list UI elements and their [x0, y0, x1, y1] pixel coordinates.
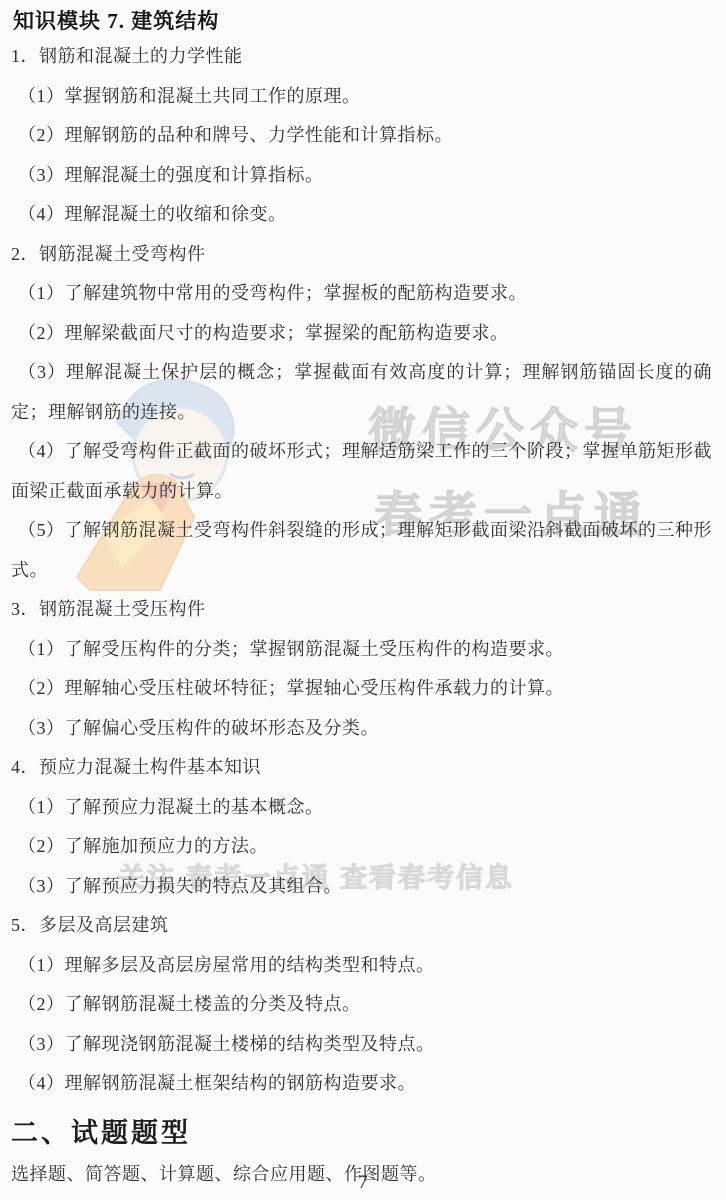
outline-subitem: （3）了解偏心受压构件的破坏形态及分类。: [11, 709, 712, 749]
outline-subitem: （2）理解轴心受压柱破坏特征；掌握轴心受压构件承载力的计算。: [11, 669, 712, 709]
outline-subitem: （3）理解混凝土的强度和计算指标。: [11, 156, 712, 196]
outline-subitem: （1）了解建筑物中常用的受弯构件；掌握板的配筋构造要求。: [11, 274, 712, 314]
outline-subitem: （1）掌握钢筋和混凝土共同工作的原理。: [11, 77, 712, 117]
outline-item: 5．多层及高层建筑: [11, 906, 712, 946]
outline-item: 4．预应力混凝土构件基本知识: [11, 748, 712, 788]
document-page: 知识模块 7. 建筑结构 1．钢筋和混凝土的力学性能 （1）掌握钢筋和混凝土共同…: [0, 0, 726, 1200]
outline-subitem: （2）了解施加预应力的方法。: [11, 827, 712, 867]
outline-subitem: （4）了解受弯构件正截面的破坏形式；理解适筋梁工作的三个阶段；掌握单筋矩形截面梁…: [11, 432, 712, 511]
outline-subitem: （4）理解钢筋混凝土框架结构的钢筋构造要求。: [11, 1064, 712, 1104]
outline-subitem: （3）了解预应力损失的特点及其组合。: [11, 867, 712, 907]
page-title: 知识模块 7. 建筑结构: [13, 8, 712, 35]
outline-subitem: （2）理解钢筋的品种和牌号、力学性能和计算指标。: [11, 116, 712, 156]
outline-subitem: （1）理解多层及高层房屋常用的结构类型和特点。: [11, 946, 712, 986]
outline-subitem: （4）理解混凝土的收缩和徐变。: [11, 195, 712, 235]
outline-item: 1．钢筋和混凝土的力学性能: [11, 37, 712, 77]
outline-subitem: （3）了解现浇钢筋混凝土楼梯的结构类型及特点。: [11, 1025, 712, 1065]
outline-item: 2．钢筋混凝土受弯构件: [11, 235, 712, 275]
outline-subitem: （1）了解受压构件的分类；掌握钢筋混凝土受压构件的构造要求。: [11, 630, 712, 670]
outline-subitem: （2）了解钢筋混凝土楼盖的分类及特点。: [11, 985, 712, 1025]
outline-subitem: （2）理解梁截面尺寸的构造要求；掌握梁的配筋构造要求。: [11, 314, 712, 354]
outline-subitem: （5）了解钢筋混凝土受弯构件斜裂缝的形成；理解矩形截面梁沿斜截面破坏的三种形式。: [11, 511, 712, 590]
outline-subitem: （1）了解预应力混凝土的基本概念。: [11, 788, 712, 828]
section-heading: 二、试题题型: [11, 1116, 712, 1150]
outline-subitem: （3）理解混凝土保护层的概念；掌握截面有效高度的计算；理解钢筋锚固长度的确定；理…: [11, 353, 712, 432]
outline-item: 3．钢筋混凝土受压构件: [11, 590, 712, 630]
question-types-line: 选择题、简答题、计算题、综合应用题、作图题等。: [11, 1154, 712, 1194]
